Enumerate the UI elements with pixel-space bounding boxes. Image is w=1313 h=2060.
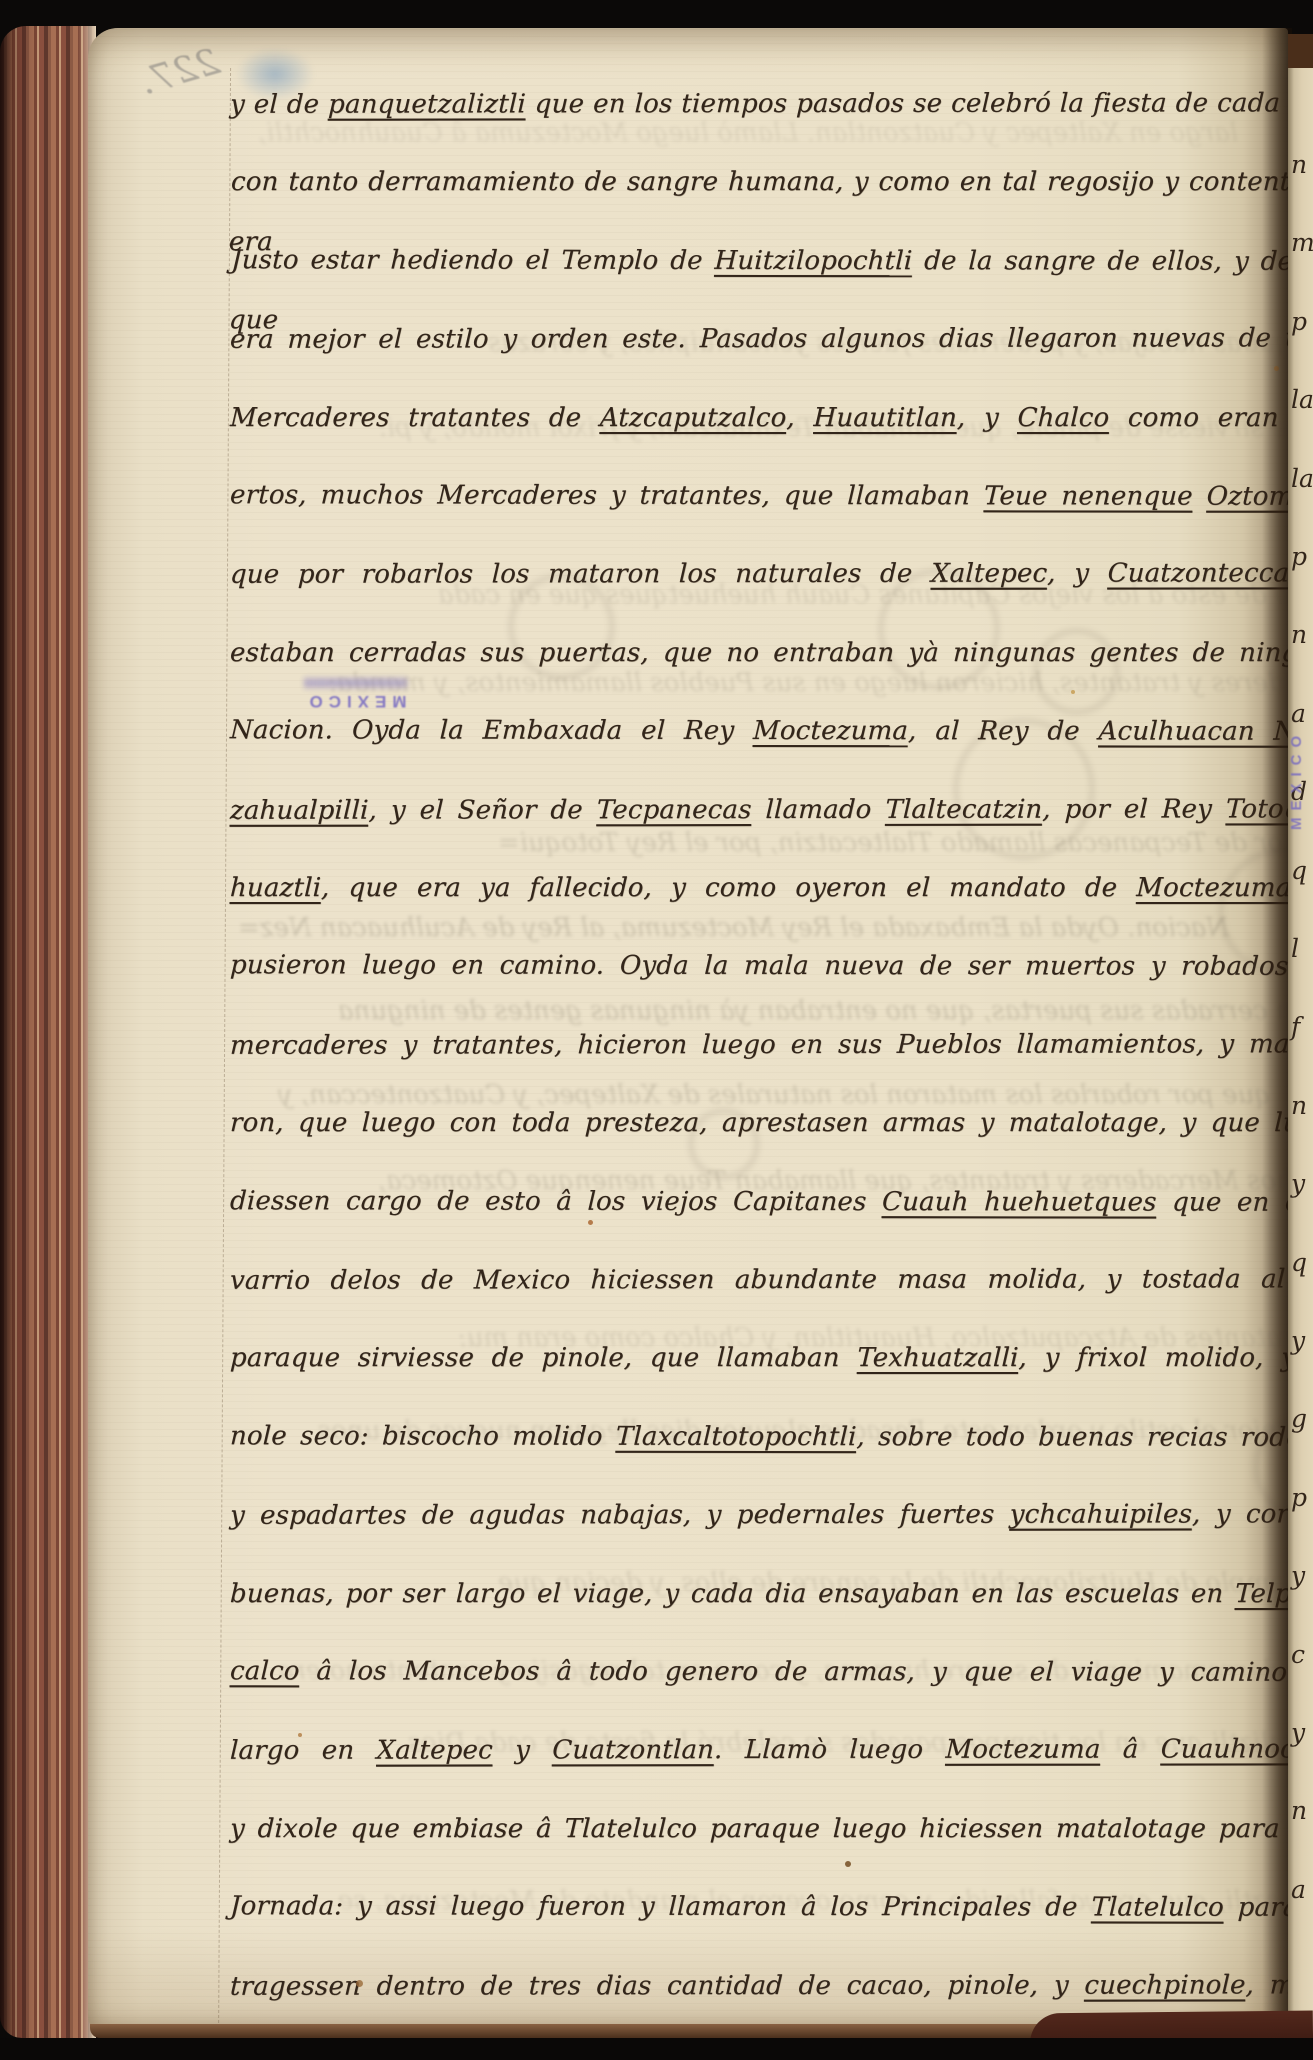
manuscript-line: y espadartes de agudas nabajas, y pedern… [229,1484,1313,1546]
manuscript-line: calco â los Mancebos â todo genero de ar… [229,1641,1313,1703]
manuscript-line: mercaderes y tratantes, hicieron luego e… [229,1014,1313,1076]
stamp-illegible-text: IIIIIIIIIIIIIIIIIIII [270,674,440,691]
facing-page-text-fragment: n [1291,1091,1307,1120]
paper-stain [356,1980,363,1987]
bleedthrough-swirl [953,718,1095,860]
manuscript-line: pusieron luego en camino. Oyda la mala n… [229,936,1313,998]
bleedthrough-swirl [688,1108,760,1180]
bleedthrough-text: con tanto derramamiento de sangre humana… [278,1656,1313,1686]
scan-backdrop [0,2038,1313,2060]
library-stamp: MEXICO IIIIIIIIIIIIIIIIIIII [270,674,440,715]
paper-stain [845,1861,851,1867]
facing-page-text-fragment: n [1291,150,1307,179]
facing-page-text-fragment: y [1291,1718,1305,1747]
manuscript-line: nole seco: biscocho molido Tlaxcaltotopo… [229,1406,1313,1468]
margin-rule-left [218,68,231,2053]
manuscript-line: buenas, por ser largo el viage, y cada d… [229,1564,1313,1624]
bleedthrough-text: paraque sirviesse de pinole, que llamaba… [378,413,1313,443]
manuscript-line: tragessen dentro de tres dias cantidad d… [229,1955,1313,2017]
bleedthrough-text: diessen cargo de esto â los viejos Capit… [438,580,1313,610]
manuscript-line: Jornada: y assi luego fueron y llamaron … [229,1876,1313,1938]
manuscript-line: que por robarlos los mataron los natural… [229,544,1313,606]
facing-page-binding-edge [1288,34,1313,68]
facing-page-text-fragment: p [1291,542,1307,571]
bleedthrough-swirl [1033,628,1120,715]
facing-page-text-fragment: p [1291,1483,1307,1512]
manuscript-line: ertos, muchos Mercaderes y tratantes, qu… [229,465,1313,527]
facing-page-text-fragment: y [1291,1169,1305,1198]
manuscript-line: largo en Xaltepec y Cuatzontlan. Llamò l… [229,1720,1313,1782]
paper-stain [1071,690,1075,694]
facing-page-text-fragment: n [1291,620,1307,649]
bleedthrough-swirl [508,573,615,680]
manuscript-line: Nacion. Oyda la Embaxada el Rey Moctezum… [229,700,1313,762]
bleedthrough-text: largo en Xaltepec y Cuatzontlan. Llamò l… [258,118,1238,148]
bleedthrough-text: ertos, muchos Mercaderes y tratantes, qu… [378,1166,1313,1196]
manuscript-line: estaban cerradas sus puertas, que no ent… [229,623,1313,683]
manuscript-line: con tanto derramamiento de sangre humana… [228,152,1313,272]
bleedthrough-text: zahualpilli, y el Señor de Tecpanecas ll… [498,828,1313,858]
manuscript-page: 227. largo en Xaltepec y Cuatzontlan. Ll… [88,28,1288,2032]
facing-page-sliver: nmplalapnadqlfnyqygpycyna MEXICO [1288,34,1313,2040]
manuscript-line: ron, que luego con toda presteza, aprest… [229,1093,1313,1153]
bleedthrough-text: que por robarlos los mataron los natural… [278,1080,1271,1110]
bleedthrough-text: y espadartes de agudas nabajas, y pedern… [488,328,1313,358]
facing-page-text-fragment: q [1291,856,1307,885]
facing-page-text-fragment: l [1291,934,1299,963]
facing-page-text-fragment: f [1291,1012,1300,1041]
manuscript-line: y dixole que embiase â Tlatelulco paraqu… [229,1799,1313,1859]
bleedthrough-text: estaban cerradas sus puertas, que no ent… [338,996,1313,1026]
manuscript-line: paraque sirviesse de pinole, que llamaba… [229,1328,1313,1388]
bleedthrough-text: mercaderes y tratantes, hicieron luego e… [328,668,1313,698]
facing-page-stamp: MEXICO [1288,670,1305,830]
manuscript-line: y el de panquetzaliztli que en los tiemp… [229,73,1313,135]
manuscript-line: varrio delos de Mexico hiciessen abundan… [229,1249,1313,1311]
manuscript-line: Mercaderes tratantes de Atzcaputzalco, H… [229,388,1313,448]
facing-page-text-fragment: y [1291,1561,1305,1590]
bleedthrough-text: y el de panquetzaliztli que en los tiemp… [408,1728,1313,1758]
facing-page-text-fragment: c [1291,1640,1305,1669]
facing-page-text-fragment: g [1291,1404,1307,1433]
bleedthrough-text: Mercaderes tratantes de Atzcaputzalco, H… [458,1323,1313,1353]
manuscript-text: y el de panquetzaliztli que en los tiemp… [88,28,1288,2032]
facing-page-text-fragment: a [1291,1875,1306,1904]
facing-page-text-fragment: n [1291,1796,1307,1825]
bleedthrough-text: Nacion. Oyda la Embaxada el Rey Moctezum… [238,913,1229,943]
page-number-ghost: 227. [136,42,224,104]
manuscript-line: era mejor el estilo y orden este. Pasado… [229,308,1313,370]
bleedthrough-text: huaztli, que era ya fallecido, y como oy… [338,1886,1313,1916]
bleedthrough-text: Justo estar hediendo el Templo de Huitzi… [498,1568,1313,1598]
manuscript-line: Justo estar hediendo el Templo de Huitzi… [228,230,1313,352]
facing-page-text-fragment: y [1291,1326,1305,1355]
facing-page-text-fragment: m [1291,228,1313,257]
book-scan: 227. largo en Xaltepec y Cuatzontlan. Ll… [0,0,1313,2060]
paper-stain [588,1220,593,1225]
book-page-edges [0,26,96,2038]
facing-page-text-fragment: la [1291,385,1313,414]
stamp-mexico-text: MEXICO [270,691,440,711]
paper-stain [298,1733,302,1737]
ink-smudge [236,48,314,100]
manuscript-line: zahualpilli, y el Señor de Tecpanecas ll… [229,779,1313,841]
bleedthrough-swirl [878,568,1000,690]
bleedthrough-text: era mejor el estilo y orden este. Pasado… [318,1416,1313,1446]
facing-page-text-fragment: la [1291,464,1313,493]
facing-page-text-fragment: q [1291,1248,1307,1277]
facing-page-text-fragment: p [1291,307,1307,336]
manuscript-line: huaztli, que era ya fallecido, y como oy… [229,858,1313,918]
manuscript-line: diessen cargo de esto â los viejos Capit… [229,1171,1313,1233]
